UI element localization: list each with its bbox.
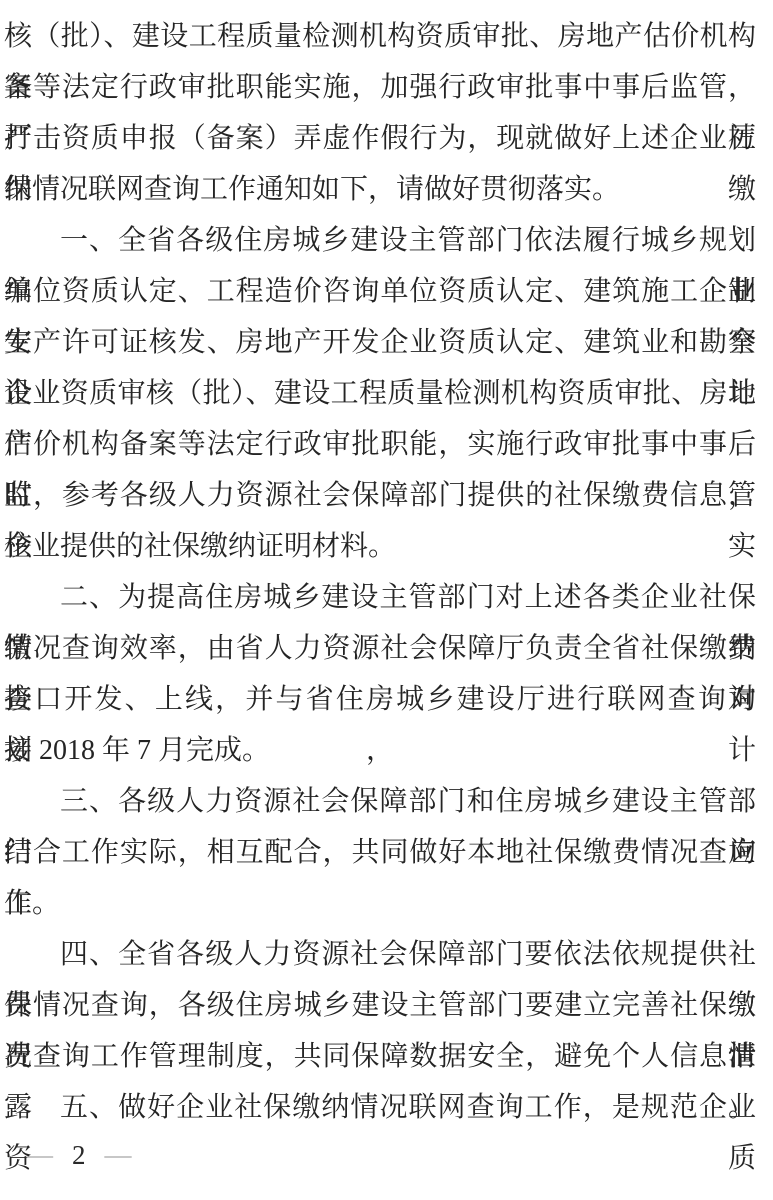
text-line: 况查询工作管理制度，共同保障数据安全，避免个人信息泄露。	[4, 1031, 756, 1082]
text-line-paragraph-2-start: 二、为提高住房城乡建设主管部门对上述各类企业社保缴纳	[4, 572, 756, 623]
page-number-dash-right: —	[105, 1141, 132, 1168]
text-line: 估价机构备案等法定行政审批职能，实施行政审批事中事后监管	[4, 419, 756, 470]
page-number: — 2 —	[26, 1138, 132, 1172]
text-line: 打击资质申报（备案）弄虚作假行为，现就做好上述企业社保缴	[4, 113, 756, 164]
page-number-value: 2	[72, 1138, 86, 1172]
text-line: 情况查询效率，由省人力资源社会保障厅负责全省社保缴费查询	[4, 623, 756, 674]
text-line-paragraph-1-start: 一、全省各级住房城乡建设主管部门依法履行城乡规划编制	[4, 215, 756, 266]
document-body: 核（批）、建设工程质量检测机构资质审批、房地产估价机构备 案等法定行政审批职能实…	[4, 11, 756, 1133]
text-line: 时，参考各级人力资源社会保障部门提供的社保缴费信息，核实	[4, 470, 756, 521]
text-line: 企业资质审核（批）、建设工程质量检测机构资质审批、房地产	[4, 368, 756, 419]
text-line: 核（批）、建设工程质量检测机构资质审批、房地产估价机构备	[4, 11, 756, 62]
document-page: 核（批）、建设工程质量检测机构资质审批、房地产估价机构备 案等法定行政审批职能实…	[0, 0, 773, 1200]
text-line: 结合工作实际，相互配合，共同做好本地社保缴费情况查询工	[4, 827, 756, 878]
text-line: 案等法定行政审批职能实施，加强行政审批事中事后监管，严厉	[4, 62, 756, 113]
text-line: 单位资质认定、工程造价咨询单位资质认定、建筑施工企业安全	[4, 266, 756, 317]
page-number-dash-left: —	[26, 1141, 53, 1168]
text-line-paragraph-4-start: 四、全省各级人力资源社会保障部门要依法依规提供社保缴	[4, 929, 756, 980]
text-line-paragraph-5-start: 五、做好企业社保缴纳情况联网查询工作，是规范企业资质	[4, 1082, 756, 1133]
text-line: 费情况查询，各级住房城乡建设主管部门要建立完善社保缴费情	[4, 980, 756, 1031]
text-line: 作。	[4, 878, 756, 929]
text-line: 生产许可证核发、房地产开发企业资质认定、建筑业和勘察设计	[4, 317, 756, 368]
text-line: 接口开发、上线，并与省住房城乡建设厅进行联网查询对接，计	[4, 674, 756, 725]
text-line-paragraph-3-start: 三、各级人力资源社会保障部门和住房城乡建设主管部门应	[4, 776, 756, 827]
